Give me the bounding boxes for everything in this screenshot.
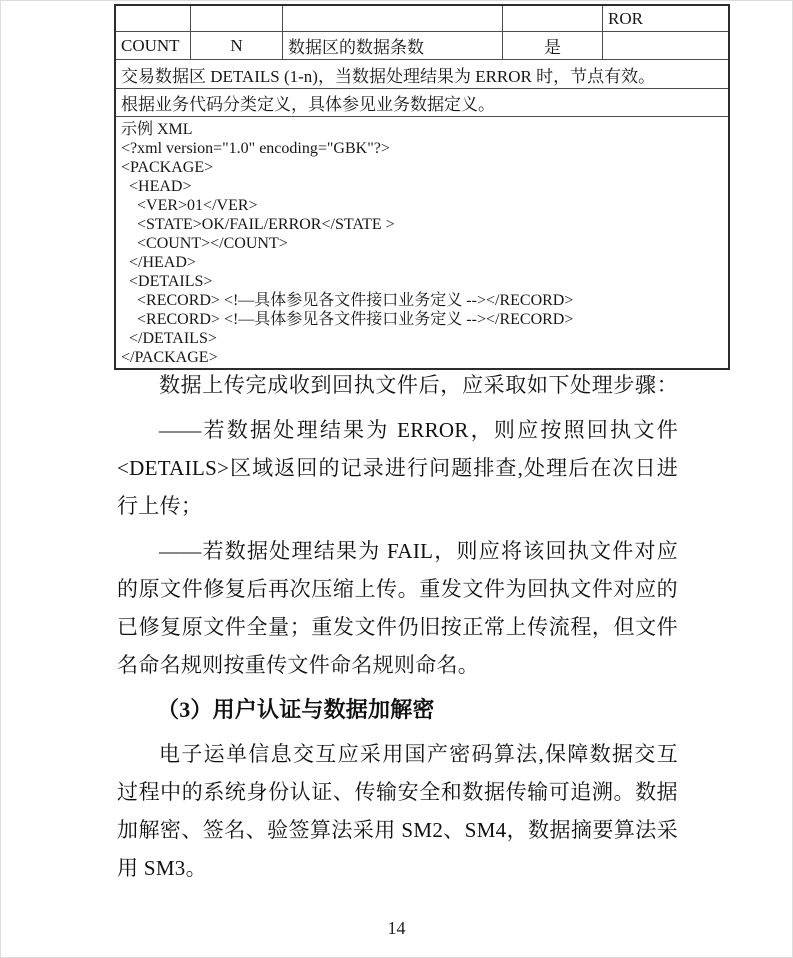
table-row-details-note: 交易数据区 DETAILS (1-n)，当数据处理结果为 ERROR 时，节点有… bbox=[115, 60, 729, 89]
text-line: 名命名规则按重传文件命名规则命名。 bbox=[117, 646, 678, 684]
paragraph-error-handling: ——若数据处理结果为 ERROR，则应按照回执文件 <DETAILS>区域返回的… bbox=[117, 411, 678, 525]
xml-example-code: 示例 XML <?xml version="1.0" encoding="GBK… bbox=[121, 118, 723, 367]
text-line: ——若数据处理结果为 ERROR，则应按照回执文件 bbox=[117, 411, 678, 449]
text-line: <DETAILS>区域返回的记录进行问题排查,处理后在次日进 bbox=[117, 449, 678, 487]
cell-empty bbox=[191, 5, 283, 32]
section-heading-auth-encryption: （3）用户认证与数据加解密 bbox=[117, 691, 678, 729]
table-row-continuation: ROR bbox=[115, 5, 729, 32]
cell-empty bbox=[503, 5, 603, 32]
cell-required-flag: 是 bbox=[503, 32, 603, 60]
cell-field-desc: 数据区的数据条数 bbox=[283, 32, 503, 60]
text-line: 的原文件修复后再次压缩上传。重发文件为回执文件对应的 bbox=[117, 570, 678, 608]
table-row-business-note: 根据业务代码分类定义，具体参见业务数据定义。 bbox=[115, 89, 729, 117]
page-number: 14 bbox=[0, 918, 793, 939]
cell-field-name: COUNT bbox=[115, 32, 191, 60]
text-line: 过程中的系统身份认证、传输安全和数据传输可追溯。数据 bbox=[117, 773, 678, 811]
text-line: ——若数据处理结果为 FAIL，则应将该回执文件对应 bbox=[117, 532, 678, 570]
cell-empty bbox=[603, 32, 730, 60]
text-line: 加解密、签名、验签算法采用 SM2、SM4，数据摘要算法采 bbox=[117, 811, 678, 849]
paragraph-fail-handling: ——若数据处理结果为 FAIL，则应将该回执文件对应 的原文件修复后再次压缩上传… bbox=[117, 532, 678, 684]
cell-empty bbox=[283, 5, 503, 32]
cell-xml-example: 示例 XML <?xml version="1.0" encoding="GBK… bbox=[115, 117, 729, 370]
cell-field-type: N bbox=[191, 32, 283, 60]
cell-ror: ROR bbox=[603, 5, 730, 32]
cell-business-note: 根据业务代码分类定义，具体参见业务数据定义。 bbox=[115, 89, 729, 117]
cell-details-note: 交易数据区 DETAILS (1-n)，当数据处理结果为 ERROR 时，节点有… bbox=[115, 60, 729, 89]
table-row-count: COUNT N 数据区的数据条数 是 bbox=[115, 32, 729, 60]
table-row-xml-example: 示例 XML <?xml version="1.0" encoding="GBK… bbox=[115, 117, 729, 370]
document-page: { "page": { "number": "14", "background"… bbox=[0, 0, 793, 958]
text-line: 数据上传完成收到回执文件后，应采取如下处理步骤： bbox=[117, 366, 678, 404]
cell-empty bbox=[115, 5, 191, 32]
paragraph-upload-steps: 数据上传完成收到回执文件后，应采取如下处理步骤： bbox=[117, 366, 678, 404]
interface-spec-table: ROR COUNT N 数据区的数据条数 是 交易数据区 DETAILS (1-… bbox=[114, 4, 730, 370]
text-line: 用 SM3。 bbox=[117, 849, 678, 887]
paragraph-crypto-algorithms: 电子运单信息交互应采用国产密码算法,保障数据交互 过程中的系统身份认证、传输安全… bbox=[117, 735, 678, 887]
body-text: 数据上传完成收到回执文件后，应采取如下处理步骤： ——若数据处理结果为 ERRO… bbox=[117, 366, 678, 894]
text-line: 行上传； bbox=[117, 487, 678, 525]
text-line: 电子运单信息交互应采用国产密码算法,保障数据交互 bbox=[117, 735, 678, 773]
text-line: 已修复原文件全量；重发文件仍旧按正常上传流程，但文件 bbox=[117, 608, 678, 646]
